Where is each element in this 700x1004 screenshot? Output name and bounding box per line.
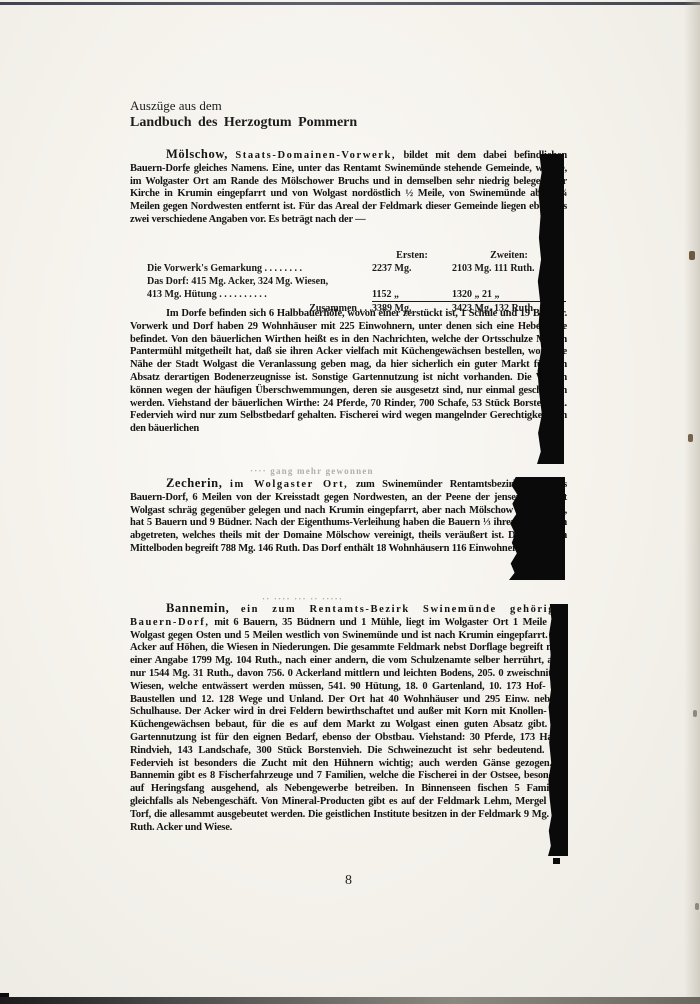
row-dorf-label-2: 413 Mg. Hütung . . . . . . . . . . [147, 288, 372, 302]
table-row: 413 Mg. Hütung . . . . . . . . . . 1152 … [147, 288, 566, 302]
table-row: Die Vorwerk's Gemarkung . . . . . . . . … [147, 262, 566, 275]
entry-moelschow-body: Im Dorfe befinden sich 6 Halbbauerhöfe, … [130, 308, 567, 436]
table-col-header-ersten: Ersten: [372, 249, 452, 262]
page-number: 8 [130, 873, 567, 889]
scan-bottom-edge-strip [0, 997, 700, 1004]
entry-bannemin: Bannemin, ein zum Rentamts-Bezirk Swinem… [130, 602, 567, 834]
scan-speck [689, 251, 695, 260]
entry-moelschow-intro-text: bildet mit dem dabei befindlichen Bauern… [130, 150, 567, 225]
entry-bannemin-name: Bannemin, [166, 601, 229, 615]
faint-scan-fragment: ···· gang mehr gewonnen [250, 466, 374, 476]
areal-table: Ersten: Zweiten: Die Vorwerk's Gemarkung… [147, 249, 566, 315]
scanned-page: Auszüge aus dem Landbuch des Herzogtum P… [0, 0, 700, 1004]
entry-moelschow-name: Mölschow, [166, 147, 228, 161]
scan-speck [693, 710, 697, 717]
scan-black-bar-tail [553, 858, 560, 864]
entry-bannemin-body-text: mit 6 Bauern, 35 Büdnern und 1 Mühle, li… [130, 617, 567, 833]
scan-speck [688, 434, 693, 442]
entry-moelschow-subtitle: Staats-Domainen-Vorwerk, [235, 150, 396, 161]
scan-right-edge-shade [684, 0, 700, 1004]
row-dorf-ersten: 1152 „ [372, 288, 452, 302]
entry-zecherin: Zecherin, im Wolgaster Ort, zum Swinemün… [130, 477, 567, 556]
entry-moelschow-body-text: Im Dorfe befinden sich 6 Halbbauerhöfe, … [130, 308, 567, 434]
row-vorwerk-ersten: 2237 Mg. [372, 262, 452, 275]
entry-zecherin-subtitle: im Wolgaster Ort, [230, 479, 348, 490]
entry-zecherin-body-text: zum Swinemünder Rentamtsbezirk gehöriges… [130, 479, 567, 554]
scan-top-edge-line [0, 2, 700, 5]
header-line-1: Auszüge aus dem [130, 98, 357, 114]
scan-speck [695, 903, 699, 910]
header-line-2: Landbuch des Herzogtum Pommern [130, 114, 357, 131]
page-header: Auszüge aus dem Landbuch des Herzogtum P… [130, 98, 357, 131]
row-dorf-label-1: Das Dorf: 415 Mg. Acker, 324 Mg. Wiesen, [147, 275, 372, 288]
entry-zecherin-name: Zecherin, [166, 476, 222, 490]
entry-moelschow-intro: Mölschow, Staats-Domainen-Vorwerk, bilde… [130, 148, 567, 227]
row-vorwerk-label: Die Vorwerk's Gemarkung . . . . . . . . [147, 262, 372, 275]
table-header-row: Ersten: Zweiten: [147, 249, 566, 262]
table-row: Das Dorf: 415 Mg. Acker, 324 Mg. Wiesen, [147, 275, 566, 288]
scan-black-bar-2 [509, 477, 565, 580]
